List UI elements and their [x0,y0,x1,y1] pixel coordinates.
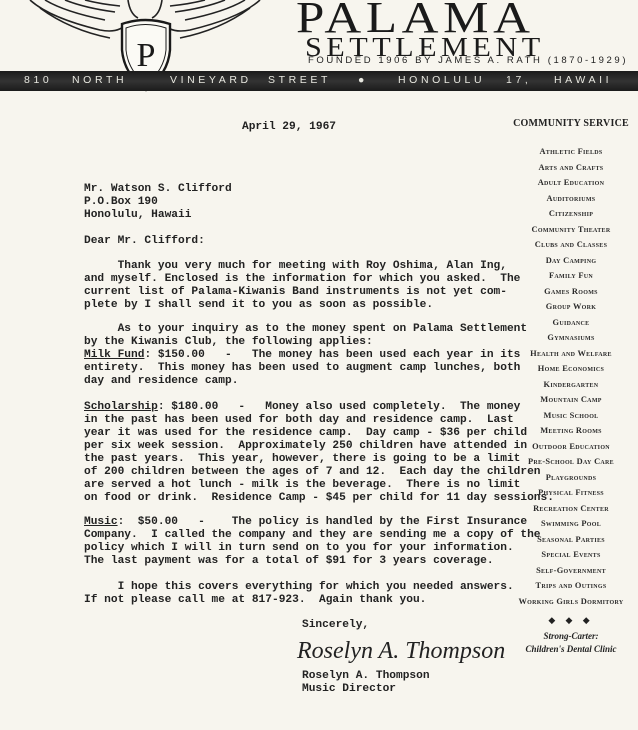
text-line: day and residence camp. [84,375,527,388]
sidebar-item: Home Economics [506,361,636,377]
paragraph-music: Music: $50.00 - The policy is handled by… [84,516,541,568]
sidebar-item: Clubs and Classes [506,237,636,253]
sidebar-item: Family Fun [506,268,636,284]
text-line: the past years. This year, however, ther… [84,453,554,466]
text-line: of 200 children between the ages of 7 an… [84,466,554,479]
text-line: on food or drink. Residence Camp - $45 p… [84,492,554,505]
sidebar-item: Meeting Rooms [506,423,636,439]
sidebar-item: Working Girls Dormitory [506,594,636,610]
sidebar-item: Special Events [506,547,636,563]
sidebar-heading: COMMUNITY SERVICE [506,118,636,129]
address-zone: 17, [506,74,531,86]
text-line: in the past has been used for both day a… [84,414,554,427]
scholarship-label: Scholarship [84,401,158,413]
text-line: policy which I will in turn send on to y… [84,542,541,555]
sidebar-item: Swimming Pool [506,516,636,532]
sidebar-item: Group Work [506,299,636,315]
sidebar-item: Day Camping [506,253,636,269]
text-line: Thank you very much for meeting with Roy… [84,260,520,273]
sidebar-item: Pre-School Day Care [506,454,636,470]
address-street3: STREET [268,74,331,86]
address-street2: VINEYARD [170,74,252,86]
clinic-line1: Strong-Carter: [506,630,636,643]
sidebar-item: Playgrounds [506,470,636,486]
sidebar-item: Athletic Fields [506,144,636,160]
text-line: current list of Palama-Kiwanis Band inst… [84,286,520,299]
recipient-address: Mr. Watson S. Clifford P.O.Box 190 Honol… [84,183,232,222]
sidebar-item: Auditoriums [506,191,636,207]
sidebar-item: Seasonal Parties [506,532,636,548]
music-amount: : $50.00 - The policy is handled by the … [118,516,528,528]
sidebar-item: Self-Government [506,563,636,579]
sidebar-item: Citizenship [506,206,636,222]
sidebar-item: Music School [506,408,636,424]
letter-date: April 29, 1967 [242,121,336,134]
signature-text: Roselyn A. Thompson [296,638,505,664]
recipient-name: Mr. Watson S. Clifford [84,183,232,196]
sidebar-item: Games Rooms [506,284,636,300]
sidebar-item: Kindergarten [506,377,636,393]
signer-title: Music Director [302,683,430,696]
text-line: plete by I shall send it to you as soon … [84,299,520,312]
text-line: and myself. Enclosed is the information … [84,273,520,286]
paragraph-scholarship: Scholarship: $180.00 - Money also used c… [84,401,554,505]
sidebar-item: Guidance [506,315,636,331]
clinic-line2: Children's Dental Clinic [506,643,636,656]
sidebar-item: Recreation Center [506,501,636,517]
address-state: HAWAII [554,74,612,86]
handwritten-signature: Roselyn A. Thompson [295,632,515,668]
sidebar-item: Community Theater [506,222,636,238]
address-street1: NORTH [72,74,127,86]
milk-fund-line: Milk Fund: $150.00 - The money has been … [84,349,527,362]
milk-fund-amount: : $150.00 - The money has been used each… [144,349,520,361]
text-line: by the Kiwanis Club, the following appli… [84,336,527,349]
closing: Sincerely, [302,619,369,632]
text-line: I hope this covers everything for which … [84,581,514,594]
scholarship-line: Scholarship: $180.00 - Money also used c… [84,401,554,414]
diamond-divider-icon: ◆ ◆ ◆ [506,615,636,626]
address-separator: ● [358,74,368,86]
text-line: The last payment was for a total of $91 … [84,555,541,568]
signer-name: Roselyn A. Thompson [302,670,430,683]
text-line: As to your inquiry as to the money spent… [84,323,527,336]
sidebar-item: Mountain Camp [506,392,636,408]
text-line: per six week session. Approximately 250 … [84,440,554,453]
text-line: Company. I called the company and they a… [84,529,541,542]
community-service-sidebar: COMMUNITY SERVICE Athletic Fields Arts a… [506,118,636,656]
salutation: Dear Mr. Clifford: [84,235,205,248]
sidebar-item: Adult Education [506,175,636,191]
sidebar-item: Physical Fitness [506,485,636,501]
paragraph-closing: I hope this covers everything for which … [84,581,514,607]
sidebar-item: Trips and Outings [506,578,636,594]
sidebar-item: Gymnasiums [506,330,636,346]
recipient-box: P.O.Box 190 [84,196,232,209]
text-line: If not please call me at 817-923. Again … [84,594,514,607]
address-number: 810 [24,74,52,86]
music-label: Music [84,516,118,528]
music-line: Music: $50.00 - The policy is handled by… [84,516,541,529]
text-line: year it was used for the residence camp.… [84,427,554,440]
signer-block: Roselyn A. Thompson Music Director [302,670,430,696]
founded-line: FOUNDED 1906 BY JAMES A. RATH (1870-1929… [308,55,628,66]
recipient-city: Honolulu, Hawaii [84,209,232,222]
milk-fund-label: Milk Fund [84,349,144,361]
text-line: are served a hot lunch - milk is the bev… [84,479,554,492]
text-line: entirety. This money has been used to au… [84,362,527,375]
paragraph-inquiry: As to your inquiry as to the money spent… [84,323,527,388]
address-city: HONOLULU [398,74,485,86]
sidebar-item: Health and Welfare [506,346,636,362]
paragraph-intro: Thank you very much for meeting with Roy… [84,260,520,312]
scholarship-amount: : $180.00 - Money also used completely. … [158,401,521,413]
emblem-letter: P [137,37,156,74]
sidebar-item: Arts and Crafts [506,160,636,176]
sidebar-item: Outdoor Education [506,439,636,455]
address-bar: 810 NORTH VINEYARD STREET ● HONOLULU 17,… [0,71,638,91]
